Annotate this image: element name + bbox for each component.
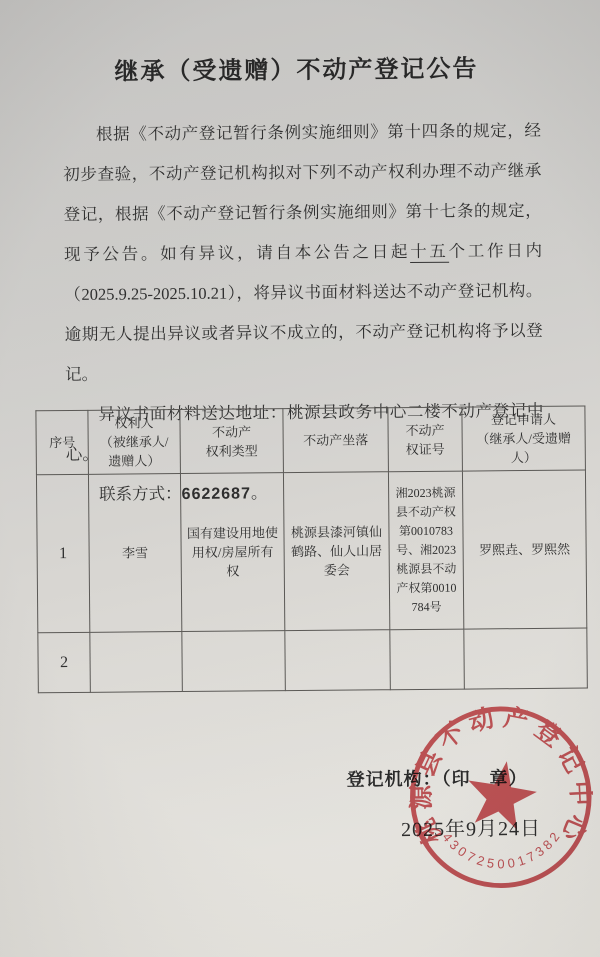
cell-holder — [90, 632, 183, 693]
cell-right-type — [182, 631, 286, 692]
table-header-row: 序号 权利人 （被继承人/遗赠人） 不动产 权利类型 不动产坐落 不动产 权证号… — [36, 406, 586, 475]
notice-paper: 继承（受遗赠）不动产登记公告 根据《不动产登记暂行条例实施细则》第十四条的规定，… — [0, 0, 600, 957]
notice-paragraph: 根据《不动产登记暂行条例实施细则》第十四条的规定，经初步查验，不动产登记机构拟对… — [63, 111, 543, 395]
table-row: 1 李雪 国有建设用地使用权/房屋所有权 桃源县漆河镇仙鹤路、仙人山居委会 湘2… — [36, 470, 586, 633]
cell-seq: 1 — [36, 474, 89, 632]
cell-seq: 2 — [38, 632, 91, 692]
cell-holder: 李雪 — [88, 474, 181, 633]
cell-cert-no — [390, 629, 465, 690]
seal-star-icon — [462, 756, 541, 832]
table-row: 2 — [38, 628, 588, 693]
col-header-location: 不动产坐落 — [283, 408, 389, 473]
deadline-underlined: 十五 — [410, 242, 449, 263]
official-seal: 桃源县不动产登记中心 4307250017382 — [404, 700, 598, 894]
cell-location: 桃源县漆河镇仙鹤路、仙人山居委会 — [283, 472, 389, 631]
cell-location — [285, 630, 391, 691]
col-header-seq: 序号 — [36, 410, 89, 474]
seal-graphic: 桃源县不动产登记中心 4307250017382 — [404, 700, 598, 894]
seal-code-container: 4307250017382 — [439, 829, 562, 872]
col-header-cert-no: 不动产 权证号 — [388, 407, 463, 472]
col-header-holder: 权利人 （被继承人/遗赠人） — [88, 410, 181, 475]
cell-right-type: 国有建设用地使用权/房屋所有权 — [180, 473, 284, 632]
seal-code: 4307250017382 — [439, 829, 562, 872]
cell-applicants — [464, 628, 588, 689]
col-header-applicant: 登记申请人 （继承人/受遗赠人） — [462, 406, 586, 471]
page-title: 继承（受遗赠）不动产登记公告 — [0, 47, 597, 87]
registry-table: 序号 权利人 （被继承人/遗赠人） 不动产 权利类型 不动产坐落 不动产 权证号… — [35, 406, 587, 694]
cell-applicants: 罗熙垚、罗熙然 — [462, 470, 586, 629]
cell-cert-no: 湘2023桃源县不动产权第0010783号、湘2023桃源县不动产权第00107… — [388, 471, 463, 630]
col-header-right-type: 不动产 权利类型 — [180, 409, 284, 474]
document-photo: 继承（受遗赠）不动产登记公告 根据《不动产登记暂行条例实施细则》第十四条的规定，… — [0, 0, 600, 957]
